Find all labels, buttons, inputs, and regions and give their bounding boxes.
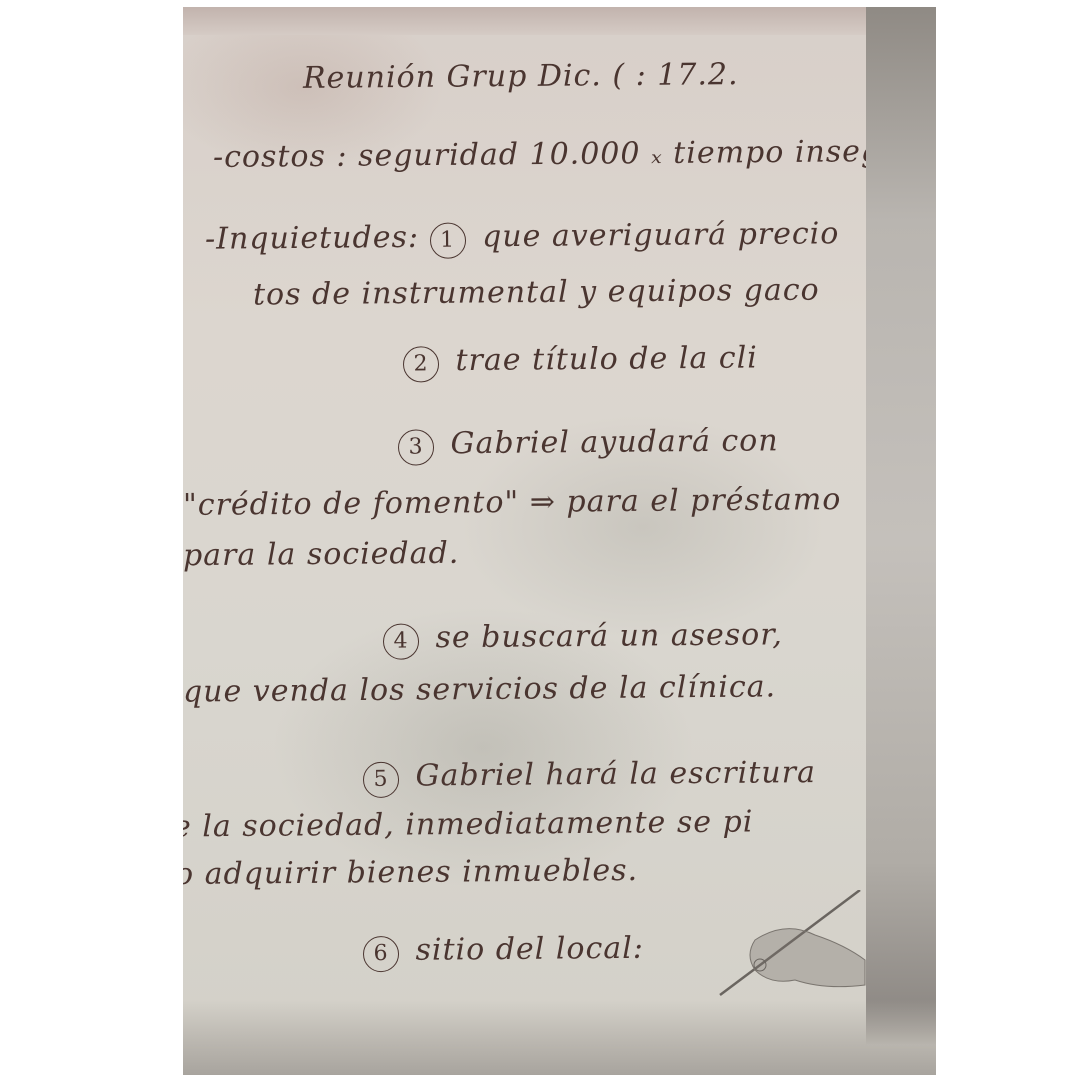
paper-bottom-shadow [183,1000,936,1075]
item-number-2: 2 [403,346,439,382]
note-item-3: 3 Gabriel ayudará con [398,423,779,465]
note-item-4: 4 se buscará un asesor, [383,617,783,659]
item-number-5: 5 [363,762,399,798]
note-item-5-cont2: o adquirir bienes inmuebles. [183,853,638,892]
note-item-3-cont2: para la sociedad. [183,536,459,573]
item-number-4: 4 [383,623,419,659]
inquietudes-label: -Inquietudes: [205,220,419,257]
note-item-5-cont2-text: o adquirir bienes inmuebles. [183,853,638,892]
note-item-6-text: sitio del local: [415,931,644,968]
note-item-4-cont-text: que venda los servicios de la clínica. [183,669,776,709]
note-item-2: 2 trae título de la cli [403,340,758,382]
note-item-3-cont: "crédito de fomento" ⇒ para el préstamo [183,482,841,523]
note-item-5-cont-text: e la sociedad, inmediatamente se pi [183,804,754,844]
note-item-5-text: Gabriel hará la escritura [415,755,816,793]
note-item-1-cont-text: tos de instrumental y equipos gaco [253,273,820,313]
note-item-3-cont-text: "crédito de fomento" ⇒ para el préstamo [183,482,841,523]
note-item-6: 6 sitio del local: [363,931,644,972]
note-title-text: Reunión Grup Dic. ( : 17.2. [303,57,739,96]
note-item-2-text: trae título de la cli [455,340,758,378]
note-costos-text: -costos : seguridad 10.000 ₓ tiempo inse… [213,134,866,175]
paper-right-edge [866,7,936,1075]
note-item-4-cont: que venda los servicios de la clínica. [183,669,776,709]
hand-with-pen-sketch-icon [715,890,875,1000]
item-number-6: 6 [363,936,399,972]
note-item-4-text: se buscará un asesor, [435,617,783,655]
note-item-3-text: Gabriel ayudará con [450,423,778,461]
note-title: Reunión Grup Dic. ( : 17.2. [303,57,739,96]
note-item-5: 5 Gabriel hará la escritura [363,755,816,798]
note-costos: -costos : seguridad 10.000 ₓ tiempo inse… [213,134,866,175]
note-item-1-text: que averiguará precio [482,216,840,254]
note-item-3-cont2-text: para la sociedad. [183,536,459,573]
note-item-5-cont: e la sociedad, inmediatamente se pi [183,804,754,844]
note-item-1-cont: tos de instrumental y equipos gaco [253,273,820,313]
item-number-1: 1 [429,222,465,258]
note-item-1: -Inquietudes: 1 que averiguará precio [205,216,840,261]
item-number-3: 3 [398,429,434,465]
